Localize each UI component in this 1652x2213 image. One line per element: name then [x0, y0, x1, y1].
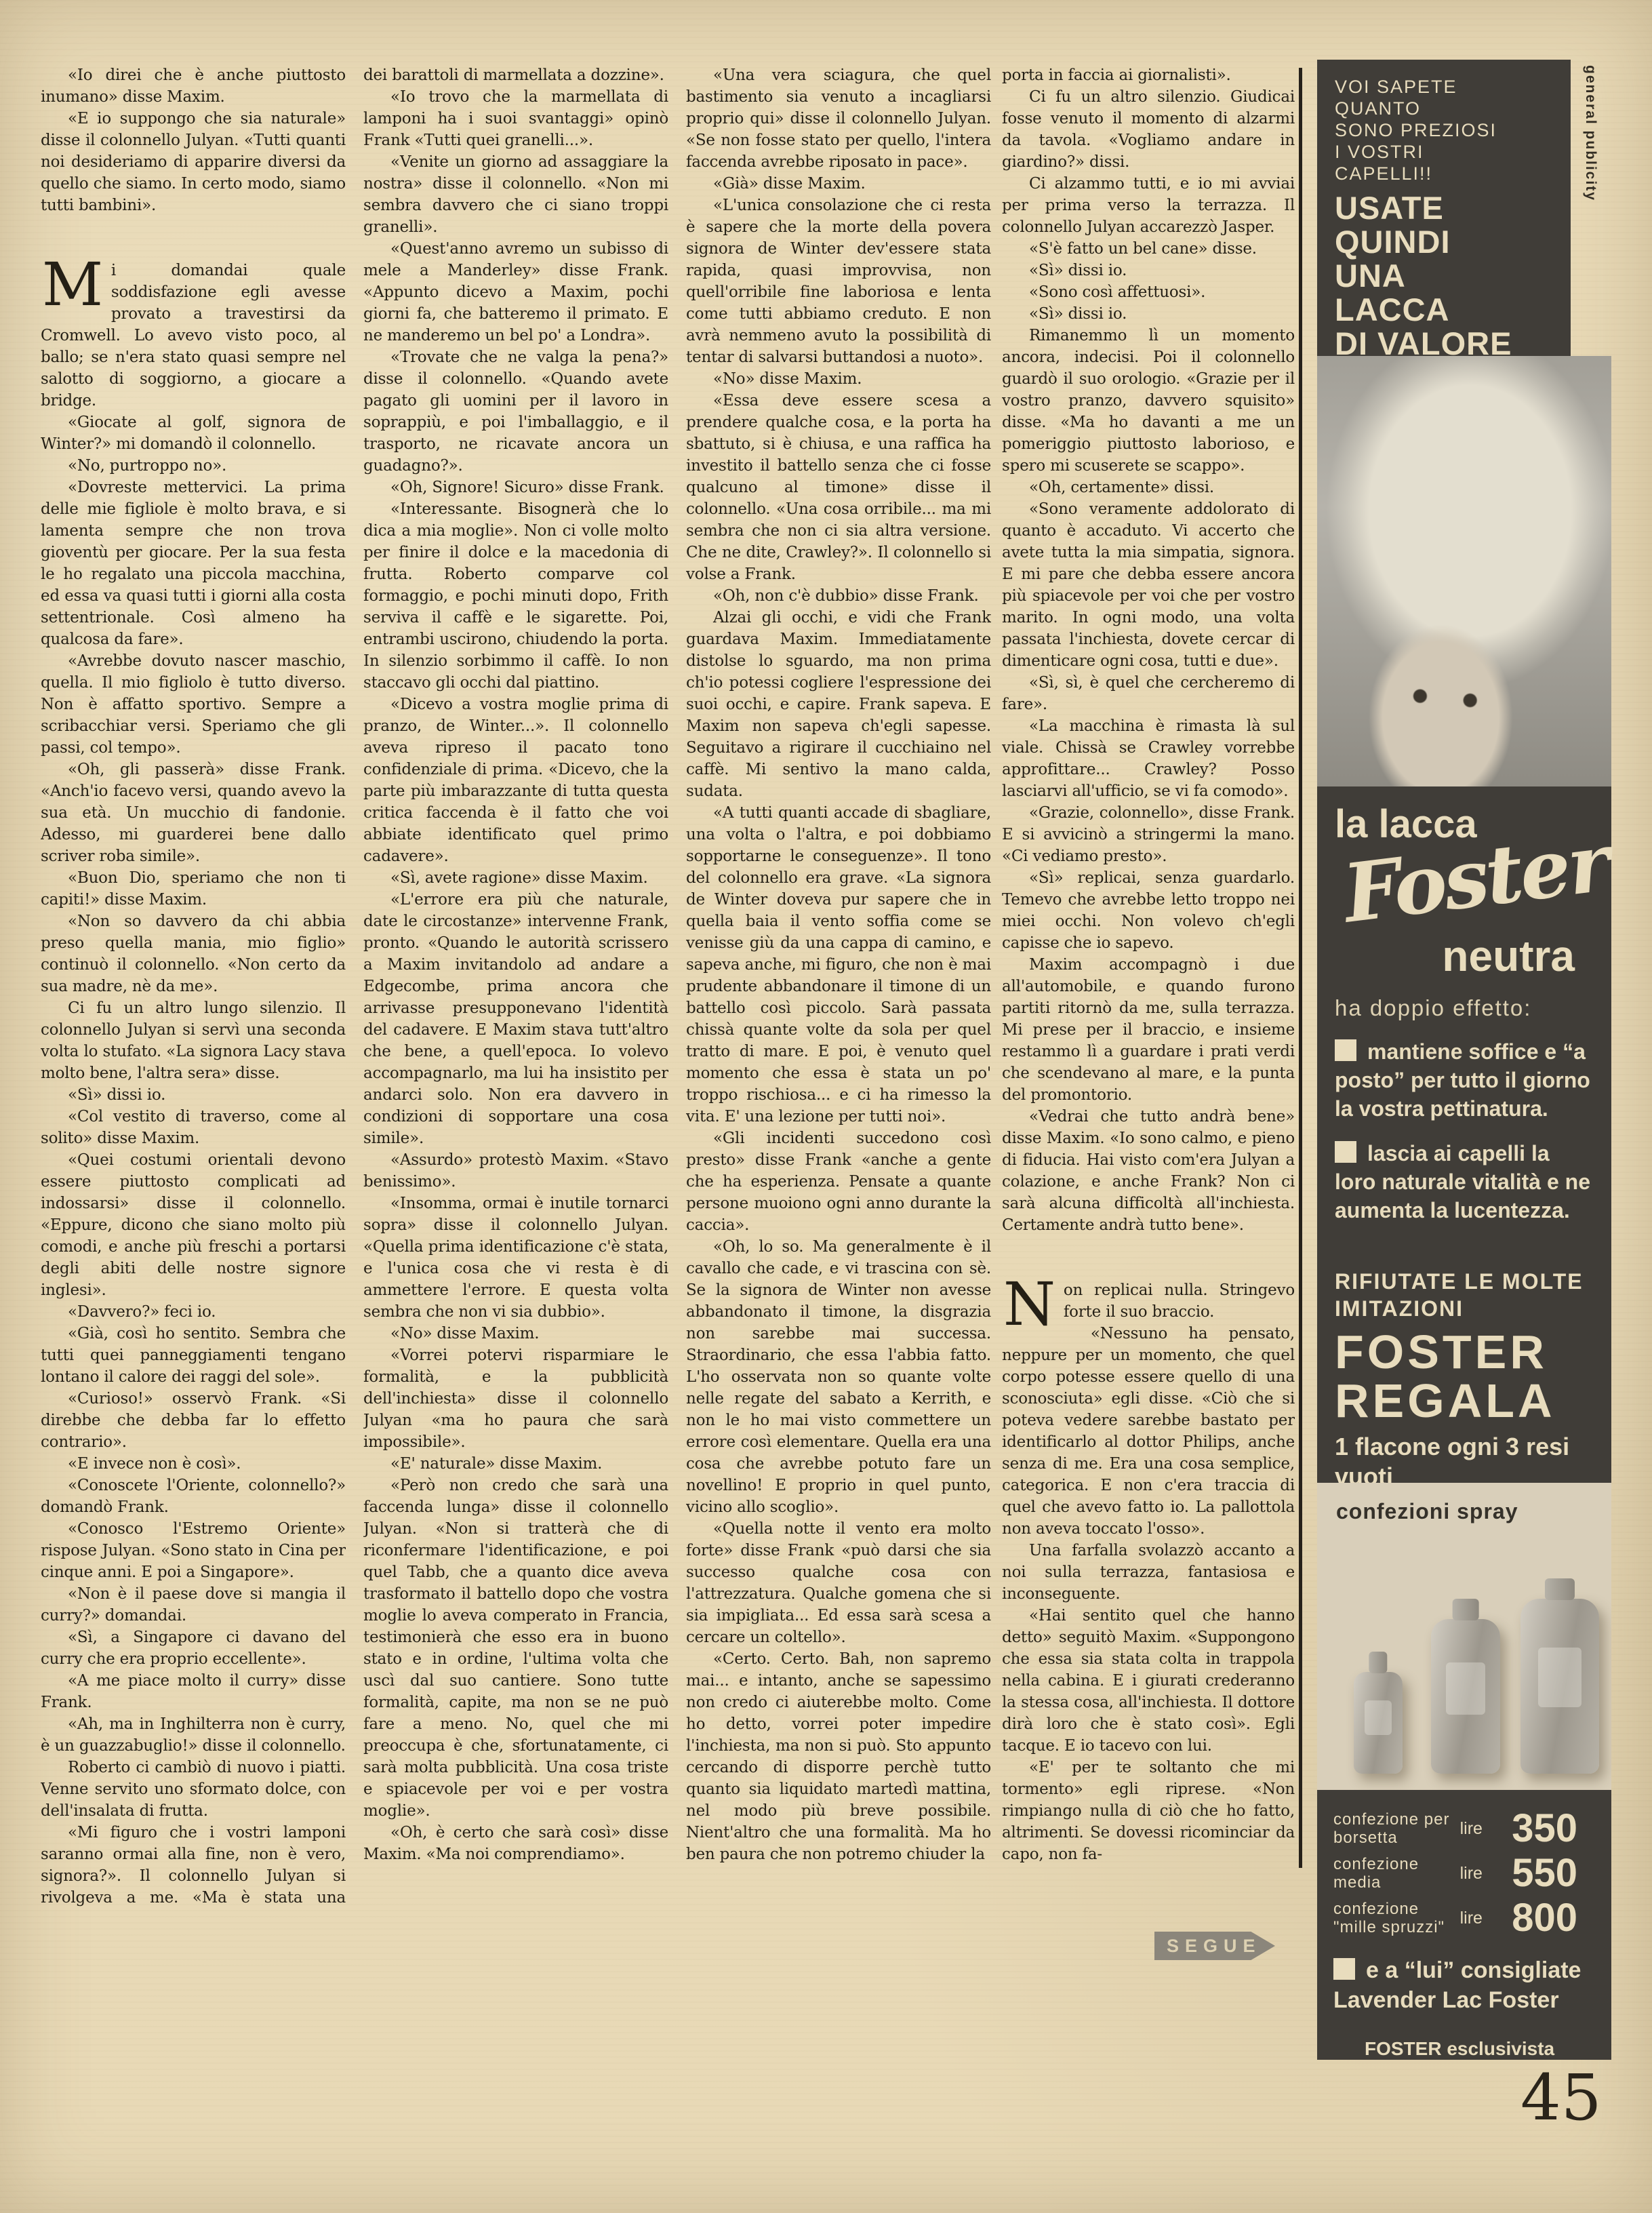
article-paragraph: «Venite un giorno ad assaggiare la nostr… — [363, 151, 668, 238]
article-paragraph: «Sì» replicai, senza guardarlo. Temevo c… — [1002, 867, 1295, 954]
spray-bottle-small — [1354, 1672, 1403, 1774]
article-paragraph: «Giocate al golf, signora de Winter?» mi… — [41, 412, 346, 455]
article-paragraph: «Non è il paese dove si mangia il curry?… — [41, 1583, 346, 1627]
ad-bullet: mantiene soffice e “a posto” per tutto i… — [1335, 1037, 1594, 1123]
article-paragraph: «Io direi che è anche piuttosto inumano»… — [41, 64, 346, 108]
article-paragraph: «Curioso!» osservò Frank. «Si direbbe ch… — [41, 1388, 346, 1453]
text-line: QUINDI — [1335, 225, 1571, 259]
article-paragraph: «S'è fatto un bel cane» disse. — [1002, 238, 1295, 260]
article-paragraph: «E' per te soltanto che mi tormento» egl… — [1002, 1757, 1295, 1865]
article-paragraph: «Insomma, ormai è inutile tornarci sopra… — [363, 1193, 668, 1323]
article-paragraph: «Vedrai che tutto andrà bene» disse Maxi… — [1002, 1106, 1295, 1236]
price-unit: lire — [1460, 1864, 1512, 1883]
price-row: confezione per borsettalire350 — [1333, 1809, 1595, 1848]
text-line: CAPELLI!! — [1335, 163, 1571, 184]
article-paragraph: «Oh, è certo che sarà così» disse Maxim.… — [363, 1822, 668, 1865]
ad-price-block: confezione per borsettalire350confezione… — [1317, 1790, 1611, 2060]
ad-him-tip-text: e a “lui” consigliate Lavender Lac Foste… — [1333, 1957, 1581, 2013]
text-line: LACCA — [1335, 293, 1571, 327]
text-line: USATE — [1335, 191, 1571, 225]
article-paragraph: «A me piace molto il curry» disse Frank. — [41, 1670, 346, 1713]
article-paragraph: «Nessuno ha pensato, neppure per un mome… — [1002, 1323, 1295, 1540]
text-line: RIFIUTATE LE MOLTE — [1335, 1268, 1594, 1295]
article-paragraph: «Davvero?» feci io. — [41, 1301, 346, 1323]
price-value: 800 — [1512, 1898, 1595, 1938]
price-table: confezione per borsettalire350confezione… — [1333, 1809, 1595, 1938]
article-paragraph: «Sono veramente addolorato di quanto è a… — [1002, 498, 1295, 672]
article-paragraph: «Già, così ho sentito. Sembra che tutti … — [41, 1323, 346, 1388]
article-paragraph: «Col vestito di traverso, come al solito… — [41, 1106, 346, 1149]
price-value: 550 — [1512, 1854, 1595, 1893]
ad-warning: RIFIUTATE LE MOLTEIMITAZIONI — [1335, 1268, 1594, 1322]
article-paragraph: «No» disse Maxim. — [686, 368, 991, 390]
ad-headline-big: USATEQUINDIUNALACCADI VALORE — [1317, 184, 1571, 361]
ad-him-tip: e a “lui” consigliate Lavender Lac Foste… — [1333, 1955, 1595, 2015]
article-paragraph: «Vorrei potervi risparmiare le formalità… — [363, 1344, 668, 1453]
article-paragraph: «Gli incidenti succedono così presto» di… — [686, 1128, 991, 1236]
article-paragraph: «Interessante. Bisognerà che lo dica a m… — [363, 498, 668, 694]
text-line: QUANTO — [1335, 98, 1571, 119]
text-line: FOSTER — [1335, 1328, 1594, 1376]
woman-photo — [1317, 356, 1611, 786]
article-paragraph: «L'unica consolazione che ci resta è sap… — [686, 195, 991, 368]
article-paragraph: «Oh, Signore! Sicuro» disse Frank. — [363, 477, 668, 498]
drop-cap: M — [41, 260, 111, 306]
article-column-2: dei barattoli di marmellata a dozzine».«… — [363, 64, 668, 1912]
square-bullet-icon — [1333, 1958, 1355, 1980]
text-line: IMITAZIONI — [1335, 1295, 1594, 1322]
article-paragraph: «Però non credo che sarà una faccenda lu… — [363, 1475, 668, 1822]
article-paragraph: «No» disse Maxim. — [363, 1323, 668, 1344]
article-paragraph: «Dicevo a vostra moglie prima di pranzo,… — [363, 694, 668, 867]
spray-bottle-medium — [1431, 1619, 1500, 1774]
article-paragraph: Rimanemmo lì un momento ancora, indecisi… — [1002, 325, 1295, 477]
spray-bottle-large — [1520, 1599, 1599, 1774]
article-paragraph: Ci fu un altro silenzio. Giudicai fosse … — [1002, 86, 1295, 173]
text-line: I VOSTRI — [1335, 141, 1571, 163]
article-paragraph: «Quella notte il vento era molto forte» … — [686, 1518, 991, 1648]
article-paragraph: «Oh, gli passerà» disse Frank. «Anch'io … — [41, 759, 346, 867]
article-paragraph: «A tutti quanti accade di sbagliare, una… — [686, 802, 991, 1128]
article-paragraph: «No, purtroppo no». — [41, 455, 346, 477]
article-paragraph: «Certo. Certo. Bah, non sapremo mai... e… — [686, 1648, 991, 1865]
ad-headline-small: VOI SAPETEQUANTOSONO PREZIOSII VOSTRICAP… — [1317, 60, 1571, 184]
article-paragraph: «L'errore era più che naturale, date le … — [363, 889, 668, 1149]
article-paragraph: «Sì» dissi io. — [1002, 260, 1295, 281]
article-paragraph: «Oh, lo so. Ma generalmente è il cavallo… — [686, 1236, 991, 1518]
article-paragraph: «Oh, non c'è dubbio» disse Frank. — [686, 585, 991, 607]
article-column-3: «Una vera sciagura, che quel bastimento … — [686, 64, 991, 1912]
text-line: UNA — [1335, 259, 1571, 293]
article-paragraph: «Buon Dio, speriamo che non ti capiti!» … — [41, 867, 346, 911]
article-paragraph: «Trovate che ne valga la pena?» disse il… — [363, 346, 668, 477]
price-label: confezione media — [1333, 1855, 1460, 1892]
article-paragraph: «E' naturale» disse Maxim. — [363, 1453, 668, 1475]
price-unit: lire — [1460, 1819, 1512, 1839]
segue-arrow-badge: SEGUE — [1154, 1932, 1275, 1960]
article-paragraph: «Oh, certamente» dissi. — [1002, 477, 1295, 498]
ad-bullet-list: mantiene soffice e “a posto” per tutto i… — [1335, 1037, 1594, 1224]
ad-effect-title: ha doppio effetto: — [1335, 995, 1594, 1021]
article-paragraph: «Una vera sciagura, che quel bastimento … — [686, 64, 991, 173]
text-line: SONO PREZIOSI — [1335, 119, 1571, 141]
article-paragraph: «Io trovo che la marmellata di lamponi h… — [363, 86, 668, 151]
article-paragraph: Maxim accompagnò i due all'automobile, e… — [1002, 954, 1295, 1106]
text-line: REGALA — [1335, 1376, 1594, 1425]
article-paragraph: «Conoscete l'Oriente, colonnello?» doman… — [41, 1475, 346, 1518]
article-paragraph: Roberto ci cambiò di nuovo i piatti. Ven… — [41, 1757, 346, 1822]
price-value: 350 — [1512, 1809, 1595, 1848]
article-paragraph: Alzai gli occhi, e vidi che Frank guarda… — [686, 607, 991, 802]
price-label: confezione per borsetta — [1333, 1810, 1460, 1847]
article-paragraph: Una farfalla svolazzò accanto a noi sull… — [1002, 1540, 1295, 1605]
agency-credit: general publicity — [1582, 65, 1598, 201]
ad-promo-headline: FOSTERREGALA — [1335, 1328, 1594, 1425]
article-paragraph: «Avrebbe dovuto nascer maschio, quella. … — [41, 650, 346, 759]
price-unit: lire — [1460, 1909, 1512, 1928]
drop-cap: N — [1002, 1279, 1064, 1325]
article-paragraph: «E invece non è così». — [41, 1453, 346, 1475]
page-number: 45 — [1520, 2061, 1602, 2135]
article-column-1: «Io direi che è anche piuttosto inumano»… — [41, 64, 346, 1912]
article-column-4: porta in faccia ai giornalisti».Ci fu un… — [1002, 64, 1295, 1912]
price-row: confezione medialire550 — [1333, 1854, 1595, 1893]
article-paragraph: dei barattoli di marmellata a dozzine». — [363, 64, 668, 86]
ad-spray-label: confezioni spray — [1317, 1483, 1611, 1524]
ad-product-block: la lacca Foster neutra ha doppio effetto… — [1317, 786, 1611, 1483]
price-label: confezione "mille spruzzi" — [1333, 1900, 1460, 1936]
article-paragraph: «Sì, a Singapore ci davano del curry che… — [41, 1627, 346, 1670]
article-paragraph: «Dovreste mettervici. La prima delle mie… — [41, 477, 346, 650]
article-paragraph: «Quei costumi orientali devono essere pi… — [41, 1149, 346, 1301]
article-paragraph: «Ah, ma in Inghilterra non è curry, è un… — [41, 1713, 346, 1757]
article-paragraph: «Quest'anno avremo un subisso di mele a … — [363, 238, 668, 346]
article-paragraph: «Hai sentito quel che hanno detto» segui… — [1002, 1605, 1295, 1757]
foster-advertisement: VOI SAPETEQUANTOSONO PREZIOSII VOSTRICAP… — [1317, 60, 1611, 2060]
text-line: VOI SAPETE — [1335, 76, 1571, 98]
price-row: confezione "mille spruzzi"lire800 — [1333, 1898, 1595, 1938]
article-paragraph: «Sì, avete ragione» disse Maxim. — [363, 867, 668, 889]
article-paragraph: «Conosco l'Estremo Oriente» rispose July… — [41, 1518, 346, 1583]
article-paragraph: «Mi figuro che i vostri lamponi saranno … — [41, 1822, 346, 1912]
magazine-page: «Io direi che è anche piuttosto inumano»… — [0, 0, 1652, 2213]
ad-distributor: FOSTER esclusivista ALGI — [1333, 2038, 1595, 2060]
ad-bullet: lascia ai capelli la loro naturale vital… — [1335, 1139, 1594, 1224]
square-bullet-icon — [1335, 1039, 1356, 1061]
square-bullet-icon — [1335, 1141, 1356, 1163]
article-paragraph: Ci alzammo tutti, e io mi avviai per pri… — [1002, 173, 1295, 238]
ad-brand-suffix: neutra — [1335, 934, 1594, 978]
article-paragraph: «Sì» dissi io. — [41, 1084, 346, 1106]
article-paragraph: «E io suppongo che sia naturale» disse i… — [41, 108, 346, 216]
article-paragraph: «Sono così affettuosi». — [1002, 281, 1295, 303]
article-paragraph: «Assurdo» protestò Maxim. «Stavo benissi… — [363, 1149, 668, 1193]
article-paragraph: «La macchina è rimasta là sul viale. Chi… — [1002, 715, 1295, 802]
article-paragraph: «Non so davvero da chi abbia preso quell… — [41, 911, 346, 997]
ad-spray-section: confezioni spray — [1317, 1483, 1611, 1790]
article-paragraph: Ci fu un altro lungo silenzio. Il colonn… — [41, 997, 346, 1084]
ad-headline-block: VOI SAPETEQUANTOSONO PREZIOSII VOSTRICAP… — [1317, 60, 1571, 356]
article-paragraph: «Già» disse Maxim. — [686, 173, 991, 195]
column-divider-rule — [1299, 68, 1302, 1868]
article-paragraph: porta in faccia ai giornalisti». — [1002, 64, 1295, 86]
article-paragraph: «Grazie, colonnello», disse Frank. E si … — [1002, 802, 1295, 867]
segue-label: SEGUE — [1154, 1936, 1262, 1957]
article-paragraph: «Sì» dissi io. — [1002, 303, 1295, 325]
article-paragraph: Non replicai nulla. Stringevo forte il s… — [1002, 1279, 1295, 1323]
article-paragraph: Mi domandai quale soddisfazione egli ave… — [41, 260, 346, 412]
article-paragraph: «Essa deve essere scesa a prendere qualc… — [686, 390, 991, 585]
article-paragraph: «Sì, sì, è quel che cercheremo di fare». — [1002, 672, 1295, 715]
